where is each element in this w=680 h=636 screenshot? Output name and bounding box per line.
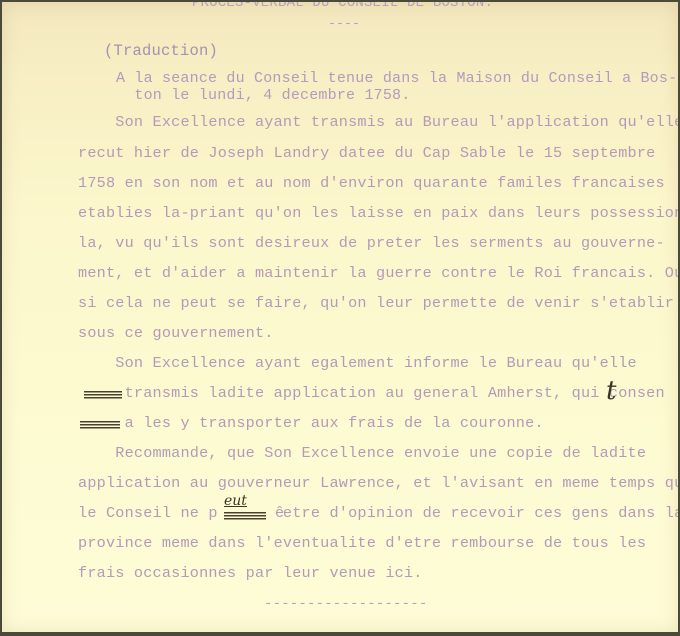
header-line: ton le lundi, 4 decembre 1758. [116, 87, 410, 104]
strikethrough-mark [80, 421, 120, 429]
document-title: PROCES-VERBAL DU CONSEIL DE BOSTON. [192, 2, 493, 11]
handwritten-eut: eut [224, 493, 247, 509]
paragraph-line: si cela ne peut se faire, qu'on leur per… [78, 294, 674, 312]
paragraph-line: Recommande, que Son Excellence envoie un… [78, 444, 646, 462]
paragraph-line: application au gouverneur Lawrence, et l… [78, 474, 678, 492]
paragraph-line: province meme dans l'eventualite d'etre … [78, 534, 646, 552]
paragraph-line: Son Excellence ayant transmis au Bureau … [78, 113, 678, 131]
paragraph-line: transmis ladite application au general A… [78, 384, 665, 402]
paragraph-line: le Conseil ne p etre d'opinion de recevo… [78, 504, 678, 522]
circumflex-e: ê [275, 504, 284, 522]
title-rule: ---- [328, 16, 360, 31]
paragraph-line: a les y transporter aux frais de la cour… [78, 414, 544, 432]
paragraph-line: Son Excellence ayant egalement informe l… [78, 354, 637, 372]
closing-rule: ------------------- [264, 596, 427, 612]
paragraph-line: sous ce gouvernement. [78, 324, 274, 342]
handwritten-t: t [606, 376, 616, 406]
subtitle-traduction: (Traduction) [104, 42, 218, 60]
paragraph-line: la, vu qu'ils sont desireux de preter le… [78, 234, 665, 252]
paragraph-line: ment, et d'aider a maintenir la guerre c… [78, 264, 678, 282]
paragraph-line: frais occasionnes par leur venue ici. [78, 564, 423, 582]
strikethrough-mark [84, 391, 122, 399]
paragraph-line: etablies la-priant qu'on les laisse en p… [78, 204, 678, 222]
strikethrough-mark [224, 512, 266, 520]
paragraph-line: recut hier de Joseph Landry datee du Cap… [78, 144, 655, 162]
header-line: A la seance du Conseil tenue dans la Mai… [116, 70, 677, 87]
document-page: PROCES-VERBAL DU CONSEIL DE BOSTON. ----… [2, 2, 678, 632]
paragraph-line: 1758 en son nom et au nom d'environ quar… [78, 174, 665, 192]
